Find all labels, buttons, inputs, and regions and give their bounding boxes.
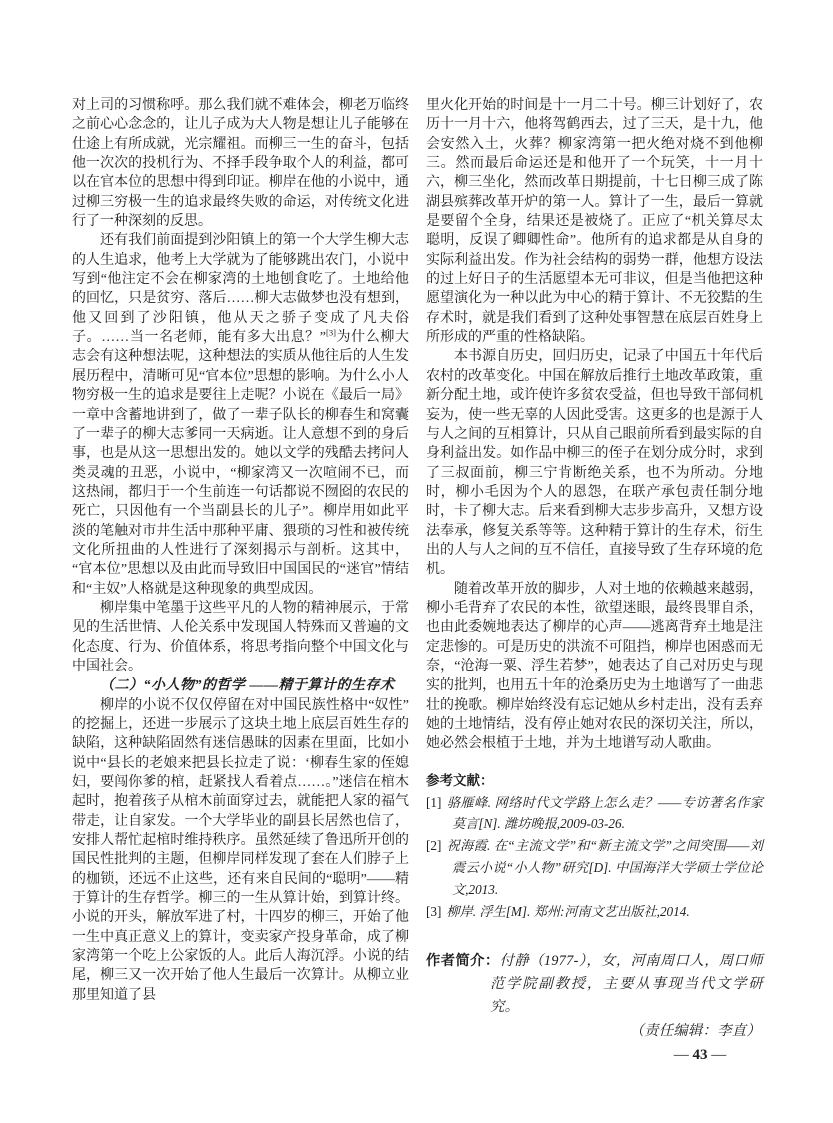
reference-label: [2]	[426, 838, 441, 853]
paragraph-text: 为什么柳大志会有这种想法呢，这种想法的实质从他往后的人生发展历程中，清晰可见“官…	[72, 330, 409, 596]
references-section: 参考文献： [1]骆雁峰. 网络时代文学路上怎么走？——专访著名作家莫言[N].…	[426, 770, 763, 923]
reference-item: [2]祝海霞. 在“主流文学”和“新主流文学”之间突围——刘震云小说“小人物”研…	[426, 835, 763, 900]
right-column: 里火化开始的时间是十一月二十号。柳三计划好了，农历十一月十六，他将驾鹤西去，过了…	[426, 96, 763, 1042]
author-bio: 作者简介：付静（1977-），女，河南周口人，周口师范学院副教授，主要从事现当代…	[426, 950, 763, 1019]
page-number-value: 43	[693, 1047, 708, 1063]
editor-note: （责任编辑：李直）	[426, 1022, 763, 1041]
author-bio-text: 付静（1977-），女，河南周口人，周口师范学院副教授，主要从事现当代文学研究。	[490, 953, 763, 1015]
page-number-dash-right: —	[711, 1047, 726, 1063]
body-paragraph: 柳岸的小说不仅仅停留在对中国民族性格中“奴性”的挖掘上，还进一步展示了这块土地上…	[72, 696, 409, 1006]
reference-item: [3]柳岸. 浮生[M]. 郑州:河南文艺出版社,2014.	[426, 901, 763, 923]
body-paragraph: 对上司的习惯称呼。那么我们就不难体会，柳老万临终之前心心念念的，让儿子成为大人物…	[72, 96, 409, 231]
body-paragraph: 随着改革开放的脚步，人对土地的依赖越来越弱，柳小毛背弃了农民的本性，欲望迷眼，最…	[426, 580, 763, 754]
paragraph-text: 还有我们前面提到沙阳镇上的第一个大学生柳大志的人生追求，他考上大学就为了能够跳出…	[72, 233, 409, 345]
body-paragraph: 里火化开始的时间是十一月二十号。柳三计划好了，农历十一月十六，他将驾鹤西去，过了…	[426, 96, 763, 347]
page-number: — 43 —	[594, 1047, 806, 1064]
section-heading: （二）“小人物”的哲学 ——精于算计的生存术	[72, 676, 409, 695]
reference-text: 祝海霞. 在“主流文学”和“新主流文学”之间突围——刘震云小说“小人物”研究[D…	[446, 838, 763, 897]
reference-label: [3]	[426, 904, 441, 919]
body-paragraph: 柳岸集中笔墨于这些平凡的人物的精神展示，于常见的生活世情、人伦关系中发现国人特殊…	[72, 599, 409, 676]
reference-text: 骆雁峰. 网络时代文学路上怎么走？——专访著名作家莫言[N]. 潍坊晚报,200…	[446, 795, 763, 832]
author-bio-label: 作者简介：	[426, 953, 500, 969]
body-paragraph: 还有我们前面提到沙阳镇上的第一个大学生柳大志的人生追求，他考上大学就为了能够跳出…	[72, 231, 409, 599]
reference-item: [1]骆雁峰. 网络时代文学路上怎么走？——专访著名作家莫言[N]. 潍坊晚报,…	[426, 792, 763, 836]
page-number-dash-left: —	[674, 1047, 689, 1063]
paper-page: 对上司的习惯称呼。那么我们就不难体会，柳老万临终之前心心念念的，让儿子成为大人物…	[0, 0, 833, 1123]
body-paragraph: 本书源自历史，回归历史，记录了中国五十年代后农村的改革变化。中国在解放后推行土地…	[426, 347, 763, 579]
reference-label: [1]	[426, 795, 441, 810]
citation-superscript: [3]	[326, 327, 336, 337]
left-column: 对上司的习惯称呼。那么我们就不难体会，柳老万临终之前心心念念的，让儿子成为大人物…	[72, 96, 409, 1005]
references-heading: 参考文献：	[426, 770, 763, 792]
reference-text: 柳岸. 浮生[M]. 郑州:河南文艺出版社,2014.	[446, 904, 689, 919]
